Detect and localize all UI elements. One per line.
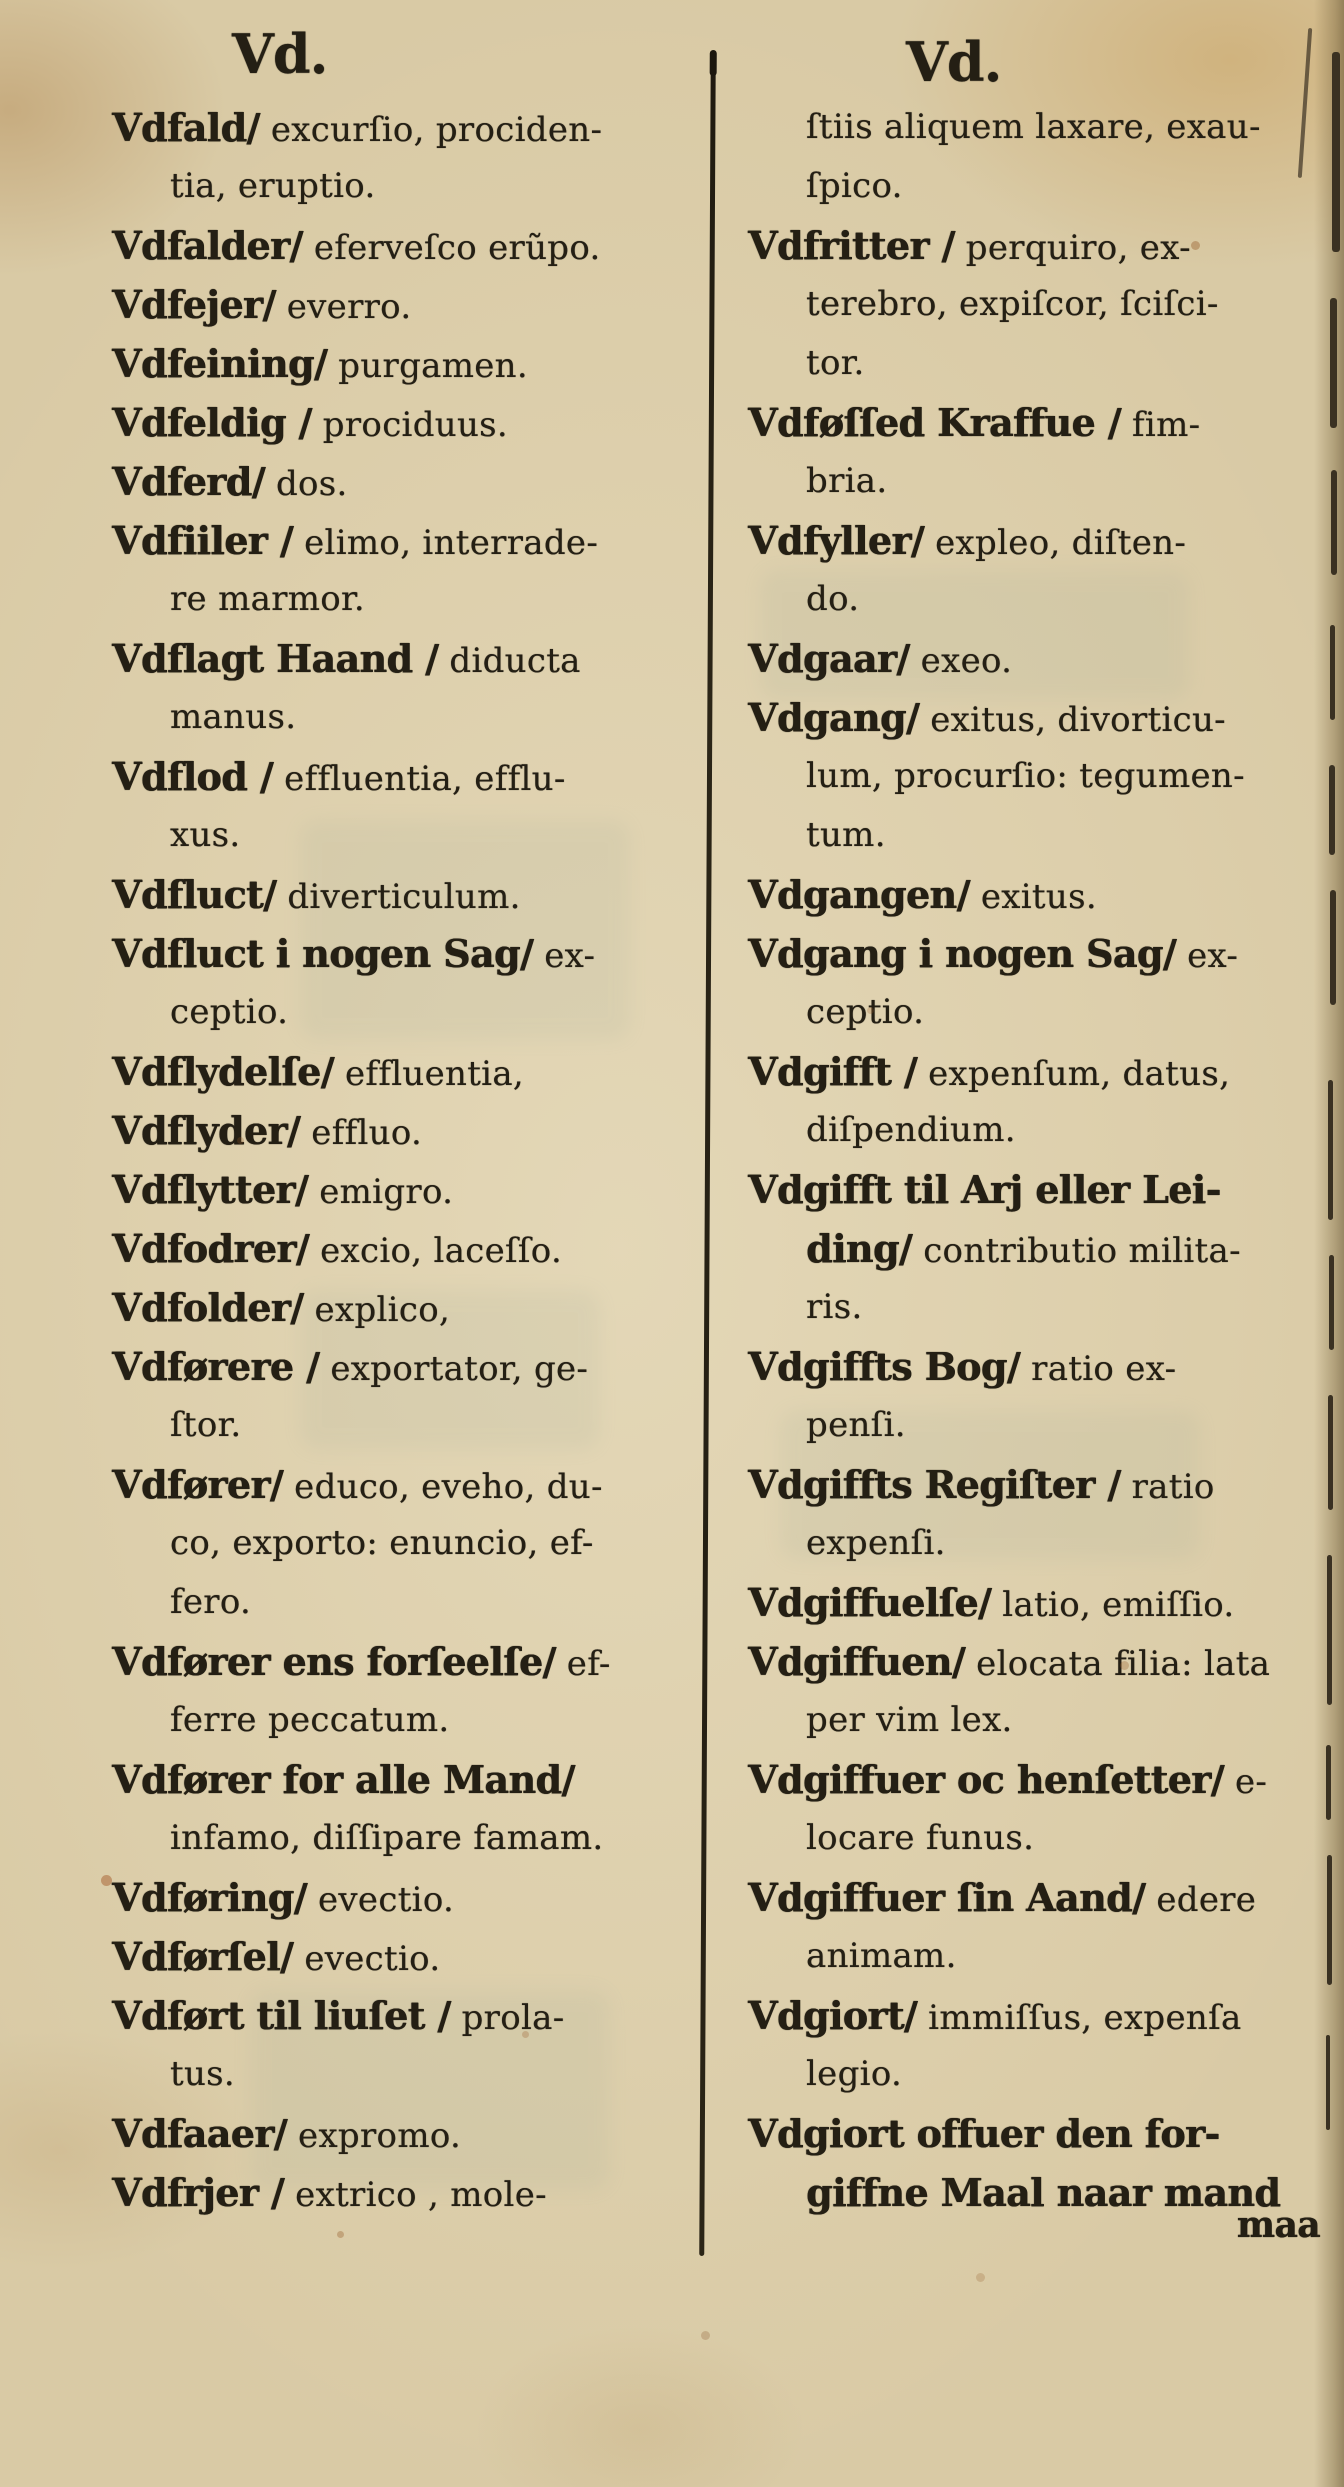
entry-line: lum, procurſio: tegumen- xyxy=(748,747,1344,806)
entry-line: Vdfald/ excurſio, prociden- xyxy=(112,98,712,157)
headword-text: Vdfører ens forſeelſe/ xyxy=(112,1639,556,1684)
latin-gloss-text: diſpendium. xyxy=(806,1110,1016,1150)
left-column: Vdfald/ excurſio, prociden-tia, eruptio.… xyxy=(112,98,712,2222)
page-edge-mark xyxy=(1328,1395,1333,1510)
headword-text: Vdførſel/ xyxy=(112,1934,293,1979)
entry-line: Vdfolder/ explico, xyxy=(112,1278,712,1337)
page-edge-mark xyxy=(1326,1745,1331,1820)
entry-line: ſtor. xyxy=(112,1396,712,1455)
scanned-dictionary-page: { "colors": { "paper": "#d9caa5", "ink":… xyxy=(0,0,1344,2487)
page-edge-mark xyxy=(1331,470,1337,575)
entry-line: manus. xyxy=(112,688,712,747)
headword-text: Vdfluct i nogen Sag/ xyxy=(112,931,533,976)
latin-gloss-text: diverticulum. xyxy=(276,877,521,917)
entry-line: Vdfører ens forſeelſe/ ef- xyxy=(112,1632,712,1691)
entry-line: Vdgangen/ exitus. xyxy=(748,865,1344,924)
headword-text: Vdflytter/ xyxy=(112,1167,308,1212)
latin-gloss-text: do. xyxy=(806,579,859,619)
entry-line: Vdflytter/ emigro. xyxy=(112,1160,712,1219)
page-edge-mark xyxy=(1330,890,1336,1005)
headword-text: Vdfører for alle Mand/ xyxy=(112,1757,575,1802)
headword-text: Vdflod / xyxy=(112,754,273,799)
headword-text: Vdført til liuſet / xyxy=(112,1993,451,2038)
headword-text: Vdfeldig / xyxy=(112,400,312,445)
headword-text: Vdgiort/ xyxy=(748,1993,917,2038)
latin-gloss-text: ſtiis aliquem laxare, exau- xyxy=(806,107,1261,147)
entry-line: animam. xyxy=(748,1927,1344,1986)
entry-line: Vdgiffuer oc henſetter/ e- xyxy=(748,1750,1344,1809)
latin-gloss-text: ratio ex- xyxy=(1020,1349,1176,1389)
entry-line: Vdgiort offuer den for- xyxy=(748,2104,1344,2163)
latin-gloss-text: ferre peccatum. xyxy=(170,1700,450,1740)
latin-gloss-text: fero. xyxy=(170,1582,251,1622)
entry-line: Vdferd/ dos. xyxy=(112,452,712,511)
entry-line: fero. xyxy=(112,1573,712,1632)
latin-gloss-text: effluentia, xyxy=(334,1054,524,1094)
latin-gloss-text: co, exporto: enuncio, ef- xyxy=(170,1523,594,1563)
headword-text: Vdfritter / xyxy=(748,223,955,268)
entry-line: Vdfodrer/ excio, laceſſo. xyxy=(112,1219,712,1278)
latin-gloss-text: evectio. xyxy=(307,1880,454,1920)
entry-line: Vdføſſed Kraffue / fim- xyxy=(748,393,1344,452)
headword-text: Vdfeining/ xyxy=(112,341,327,386)
page-edge-mark xyxy=(1332,52,1340,252)
entry-line: Vdføring/ evectio. xyxy=(112,1868,712,1927)
entry-line: bria. xyxy=(748,452,1344,511)
entry-line: Vdgang i nogen Sag/ ex- xyxy=(748,924,1344,983)
headword-text: Vdgiffuer ſin Aand/ xyxy=(748,1875,1145,1920)
latin-gloss-text: ex- xyxy=(1176,936,1238,976)
entry-line: tus. xyxy=(112,2045,712,2104)
latin-gloss-text: ſtor. xyxy=(170,1405,242,1445)
entry-line: Vdfiiler / elimo, interrade- xyxy=(112,511,712,570)
headword-text: Vdgiort offuer den for- xyxy=(748,2111,1220,2156)
latin-gloss-text: tum. xyxy=(806,815,886,855)
entry-line: per vim lex. xyxy=(748,1691,1344,1750)
latin-gloss-text: infamo, diſſipare famam. xyxy=(170,1818,603,1858)
latin-gloss-text: xus. xyxy=(170,815,241,855)
entry-line: Vdfluct/ diverticulum. xyxy=(112,865,712,924)
latin-gloss-text: explico, xyxy=(303,1290,450,1330)
latin-gloss-text: diducta xyxy=(438,641,580,681)
latin-gloss-text: ratio xyxy=(1121,1467,1215,1507)
entry-line: locare funus. xyxy=(748,1809,1344,1868)
entry-line: Vdgaar/ exeo. xyxy=(748,629,1344,688)
headword-text: Vdfluct/ xyxy=(112,872,276,917)
headword-text: Vdgang/ xyxy=(748,695,919,740)
latin-gloss-text: expenſum, datus, xyxy=(917,1054,1230,1094)
entry-line: Vdgiort/ immiſſus, expenſa xyxy=(748,1986,1344,2045)
headword-text: Vdgiffts Regiſter / xyxy=(748,1462,1121,1507)
entry-line: Vdflagt Haand / diducta xyxy=(112,629,712,688)
headword-text: Vdgiffts Bog/ xyxy=(748,1344,1020,1389)
latin-gloss-text: expleo, diſten- xyxy=(924,523,1186,563)
entry-line: ceptio. xyxy=(112,983,712,1042)
latin-gloss-text: excio, laceſſo. xyxy=(309,1231,562,1271)
page-edge-mark xyxy=(1330,625,1335,720)
latin-gloss-text: ex- xyxy=(533,936,595,976)
entry-line: Vdgiffuen/ elocata filia: lata xyxy=(748,1632,1344,1691)
entry-line: Vdfeining/ purgamen. xyxy=(112,334,712,393)
page-edge-mark xyxy=(1329,765,1335,855)
latin-gloss-text: ceptio. xyxy=(170,992,288,1032)
headword-text: Vdførere / xyxy=(112,1344,319,1389)
latin-gloss-text: edere xyxy=(1145,1880,1256,1920)
entry-line: Vdgiffts Bog/ ratio ex- xyxy=(748,1337,1344,1396)
headword-text: Vdfodrer/ xyxy=(112,1226,309,1271)
latin-gloss-text: penſi. xyxy=(806,1405,906,1445)
headword-text: Vdfald/ xyxy=(112,105,260,150)
headword-text: Vdflagt Haand / xyxy=(112,636,438,681)
latin-gloss-text: prola- xyxy=(451,1998,565,2038)
headword-text: Vdføſſed Kraffue / xyxy=(748,400,1121,445)
catchword: maa xyxy=(1130,2196,1320,2255)
page-edge-mark xyxy=(1326,2035,1330,2130)
headword-text: Vdgiffuer oc henſetter/ xyxy=(748,1757,1224,1802)
entry-line: Vdflyder/ effluo. xyxy=(112,1101,712,1160)
entry-line: ſpico. xyxy=(748,157,1344,216)
headword-text: Vdferd/ xyxy=(112,459,265,504)
entry-line: Vdfyller/ expleo, diſten- xyxy=(748,511,1344,570)
headword-text: Vdflyder/ xyxy=(112,1108,300,1153)
entry-line: Vdfeldig / prociduus. xyxy=(112,393,712,452)
entry-line: Vdgifft til Arj eller Lei- xyxy=(748,1160,1344,1219)
headword-text: Vdgifft / xyxy=(748,1049,917,1094)
headword-text: Vdflydelſe/ xyxy=(112,1049,334,1094)
page-edge-mark xyxy=(1328,1080,1333,1220)
latin-gloss-text: excurſio, prociden- xyxy=(260,110,603,150)
entry-line: co, exporto: enuncio, ef- xyxy=(112,1514,712,1573)
right-column: ſtiis aliquem laxare, exau-ſpico.Vdfritt… xyxy=(748,98,1344,2222)
entry-line: legio. xyxy=(748,2045,1344,2104)
latin-gloss-text: effluo. xyxy=(300,1113,422,1153)
page-edge-mark xyxy=(1330,298,1337,428)
headword-text: Vdgiffuen/ xyxy=(748,1639,965,1684)
entry-line: tor. xyxy=(748,334,1344,393)
entry-line: do. xyxy=(748,570,1344,629)
latin-gloss-text: expromo. xyxy=(287,2116,461,2156)
headword-text: ding/ xyxy=(806,1226,912,1271)
latin-gloss-text: immiſſus, expenſa xyxy=(917,1998,1242,2038)
latin-gloss-text: elocata filia: lata xyxy=(965,1644,1270,1684)
latin-gloss-text: evectio. xyxy=(293,1939,440,1979)
headword-text: Vdgiffuelſe/ xyxy=(748,1580,991,1625)
headword-text: Vdgaar/ xyxy=(748,636,910,681)
latin-gloss-text: bria. xyxy=(806,461,887,501)
entry-line: penſi. xyxy=(748,1396,1344,1455)
latin-gloss-text: legio. xyxy=(806,2054,902,2094)
paper-stain xyxy=(0,0,5,5)
entry-line: ding/ contributio milita- xyxy=(748,1219,1344,1278)
latin-gloss-text: ris. xyxy=(806,1287,863,1327)
headword-text: Vdfrjer / xyxy=(112,2170,284,2215)
running-head-left: Vd. xyxy=(232,22,327,86)
entry-line: Vdgiffuelſe/ latio, emiſſio. xyxy=(748,1573,1344,1632)
entry-line: Vdgifft / expenſum, datus, xyxy=(748,1042,1344,1101)
entry-line: Vdgiffuer ſin Aand/ edere xyxy=(748,1868,1344,1927)
latin-gloss-text: exitus, divorticu- xyxy=(919,700,1226,740)
latin-gloss-text: terebro, expiſcor, ſciſci- xyxy=(806,284,1219,324)
entry-line: Vdfrjer / extrico , mole- xyxy=(112,2163,712,2222)
latin-gloss-text: expenſi. xyxy=(806,1523,946,1563)
latin-gloss-text: effluentia, efflu- xyxy=(273,759,566,799)
page-edge-mark xyxy=(1327,1555,1332,1705)
entry-line: xus. xyxy=(112,806,712,865)
entry-line: ferre peccatum. xyxy=(112,1691,712,1750)
headword-text: Vdfører/ xyxy=(112,1462,283,1507)
entry-line: terebro, expiſcor, ſciſci- xyxy=(748,275,1344,334)
headword-text: Vdgang i nogen Sag/ xyxy=(748,931,1176,976)
headword-text: Vdfaaer/ xyxy=(112,2111,287,2156)
headword-text: Vdfiiler / xyxy=(112,518,293,563)
entry-line: re marmor. xyxy=(112,570,712,629)
entry-line: Vdfalder/ eferveſco erũpo. xyxy=(112,216,712,275)
entry-line: infamo, diſſipare famam. xyxy=(112,1809,712,1868)
entry-line: ris. xyxy=(748,1278,1344,1337)
latin-gloss-text: elimo, interrade- xyxy=(293,523,598,563)
headword-text: Vdfejer/ xyxy=(112,282,276,327)
entry-line: ceptio. xyxy=(748,983,1344,1042)
latin-gloss-text: latio, emiſſio. xyxy=(991,1585,1234,1625)
latin-gloss-text: purgamen. xyxy=(327,346,528,386)
latin-gloss-text: e- xyxy=(1224,1762,1267,1802)
latin-gloss-text: per vim lex. xyxy=(806,1700,1013,1740)
entry-line: ſtiis aliquem laxare, exau- xyxy=(748,98,1344,157)
headword-text: Vdgifft til Arj eller Lei- xyxy=(748,1167,1221,1212)
headword-text: Vdføring/ xyxy=(112,1875,307,1920)
entry-line: diſpendium. xyxy=(748,1101,1344,1160)
latin-gloss-text: fim- xyxy=(1121,405,1201,445)
entry-line: Vdflydelſe/ effluentia, xyxy=(112,1042,712,1101)
latin-gloss-text: perquiro, ex- xyxy=(955,228,1191,268)
latin-gloss-text: ſpico. xyxy=(806,166,903,206)
entry-line: expenſi. xyxy=(748,1514,1344,1573)
entry-line: Vdfejer/ everro. xyxy=(112,275,712,334)
latin-gloss-text: dos. xyxy=(265,464,348,504)
latin-gloss-text: manus. xyxy=(170,697,296,737)
latin-gloss-text: exportator, ge- xyxy=(319,1349,588,1389)
entry-line: Vdført til liuſet / prola- xyxy=(112,1986,712,2045)
latin-gloss-text: ceptio. xyxy=(806,992,924,1032)
latin-gloss-text: extrico , mole- xyxy=(284,2175,547,2215)
latin-gloss-text: eferveſco erũpo. xyxy=(303,228,601,268)
running-head-right: Vd. xyxy=(906,30,1001,94)
entry-line: tia, eruptio. xyxy=(112,157,712,216)
headword-text: Vdfalder/ xyxy=(112,223,303,268)
headword-text: Vdfyller/ xyxy=(748,518,924,563)
latin-gloss-text: animam. xyxy=(806,1936,957,1976)
latin-gloss-text: everro. xyxy=(276,287,412,327)
latin-gloss-text: re marmor. xyxy=(170,579,365,619)
latin-gloss-text: tor. xyxy=(806,343,865,383)
latin-gloss-text: tus. xyxy=(170,2054,235,2094)
latin-gloss-text: emigro. xyxy=(308,1172,453,1212)
page-edge-mark xyxy=(1329,1255,1334,1350)
latin-gloss-text: educo, eveho, du- xyxy=(283,1467,603,1507)
entry-line: tum. xyxy=(748,806,1344,865)
entry-line: Vdfører/ educo, eveho, du- xyxy=(112,1455,712,1514)
entry-line: Vdgang/ exitus, divorticu- xyxy=(748,688,1344,747)
latin-gloss-text: contributio milita- xyxy=(912,1231,1241,1271)
entry-line: Vdfluct i nogen Sag/ ex- xyxy=(112,924,712,983)
latin-gloss-text: lum, procurſio: tegumen- xyxy=(806,756,1245,796)
latin-gloss-text: tia, eruptio. xyxy=(170,166,376,206)
entry-line: Vdflod / effluentia, efflu- xyxy=(112,747,712,806)
entry-line: Vdfritter / perquiro, ex- xyxy=(748,216,1344,275)
headword-text: Vdfolder/ xyxy=(112,1285,303,1330)
headword-text: Vdgangen/ xyxy=(748,872,970,917)
latin-gloss-text: exitus. xyxy=(970,877,1097,917)
latin-gloss-text: locare funus. xyxy=(806,1818,1034,1858)
page-edge-mark xyxy=(1327,1855,1332,1985)
entry-line: Vdførere / exportator, ge- xyxy=(112,1337,712,1396)
entry-line: Vdfører for alle Mand/ xyxy=(112,1750,712,1809)
latin-gloss-text: prociduus. xyxy=(312,405,508,445)
latin-gloss-text: exeo. xyxy=(910,641,1013,681)
latin-gloss-text: ef- xyxy=(556,1644,611,1684)
entry-line: Vdgiffts Regiſter / ratio xyxy=(748,1455,1344,1514)
entry-line: Vdfaaer/ expromo. xyxy=(112,2104,712,2163)
entry-line: Vdførſel/ evectio. xyxy=(112,1927,712,1986)
